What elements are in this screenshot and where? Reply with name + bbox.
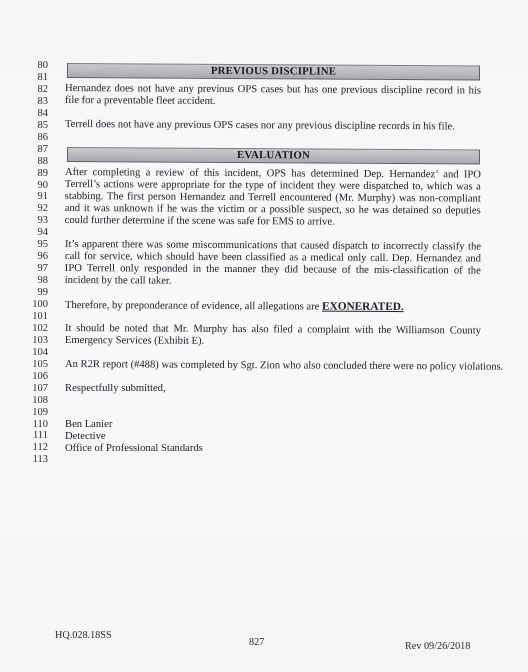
- signature-title: Detective: [65, 431, 481, 443]
- line-number: 112: [26, 442, 48, 454]
- section-heading: PREVIOUS DISCIPLINE: [68, 64, 479, 80]
- section-heading: EVALUATION: [68, 148, 479, 164]
- paragraph-finding: Therefore, by preponderance of evidence,…: [65, 299, 481, 315]
- line-number: 83: [26, 96, 48, 108]
- line-number: 105: [26, 359, 48, 371]
- paragraph-murphy-complaint: It should be noted that Mr. Murphy has a…: [65, 323, 481, 350]
- section-header-previous-discipline: PREVIOUS DISCIPLINE: [67, 63, 480, 81]
- line-number: 93: [26, 215, 48, 227]
- line-number: 108: [26, 395, 48, 407]
- line-number: 111: [26, 430, 48, 442]
- line-number: 100: [26, 299, 48, 311]
- line-number: 97: [26, 263, 48, 275]
- line-number: 92: [26, 203, 48, 215]
- line-number: 82: [26, 84, 48, 96]
- line-number: 87: [26, 144, 48, 156]
- line-number: 113: [26, 454, 48, 466]
- signature-office: Office of Professional Standards: [65, 443, 481, 455]
- line-number: 99: [26, 287, 48, 299]
- document-page: 8081828384858687888990919293949596979899…: [0, 0, 528, 672]
- line-number: 107: [26, 383, 48, 395]
- footer-page-number: 827: [249, 637, 264, 649]
- line-number: 84: [26, 108, 48, 120]
- line-number: 102: [26, 323, 48, 335]
- line-number: 94: [26, 227, 48, 239]
- paragraph-r2r-report: An R2R report (#488) was completed by Sg…: [65, 359, 481, 374]
- line-number: 88: [26, 156, 48, 168]
- line-number: 101: [26, 311, 48, 323]
- line-number: 104: [26, 347, 48, 359]
- line-number: 91: [26, 191, 48, 203]
- section-header-evaluation: EVALUATION: [67, 147, 480, 165]
- signature-name: Ben Lanier: [65, 419, 481, 431]
- line-number: 96: [26, 251, 48, 263]
- line-number: 81: [26, 72, 48, 84]
- line-number: 86: [26, 132, 48, 144]
- line-number: 106: [26, 371, 48, 383]
- closing-text: Respectfully submitted,: [65, 383, 481, 395]
- line-number: 109: [26, 407, 48, 419]
- line-number: 90: [26, 180, 48, 192]
- paragraph-miscommunication: It’s apparent there was some miscommunic…: [65, 239, 481, 290]
- line-number: 89: [26, 168, 48, 180]
- paragraph-evaluation-review: After completing a review of this incide…: [65, 167, 481, 230]
- line-number: 85: [26, 120, 48, 132]
- finding-prefix: Therefore, by preponderance of evidence,…: [65, 300, 322, 313]
- paragraph-hernandez-discipline: Hernandez does not have any previous OPS…: [65, 83, 481, 110]
- line-number: 95: [26, 239, 48, 251]
- finding-result: EXONERATED.: [322, 301, 404, 313]
- footer-revision: Rev 09/26/2018: [405, 641, 470, 653]
- line-number: 110: [26, 419, 48, 431]
- footer-form-id: HQ.028.18SS: [55, 630, 112, 642]
- line-number: 80: [26, 60, 48, 72]
- line-number: 103: [26, 335, 48, 347]
- paragraph-terrell-discipline: Terrell does not have any previous OPS c…: [65, 119, 481, 134]
- line-number: 98: [26, 275, 48, 287]
